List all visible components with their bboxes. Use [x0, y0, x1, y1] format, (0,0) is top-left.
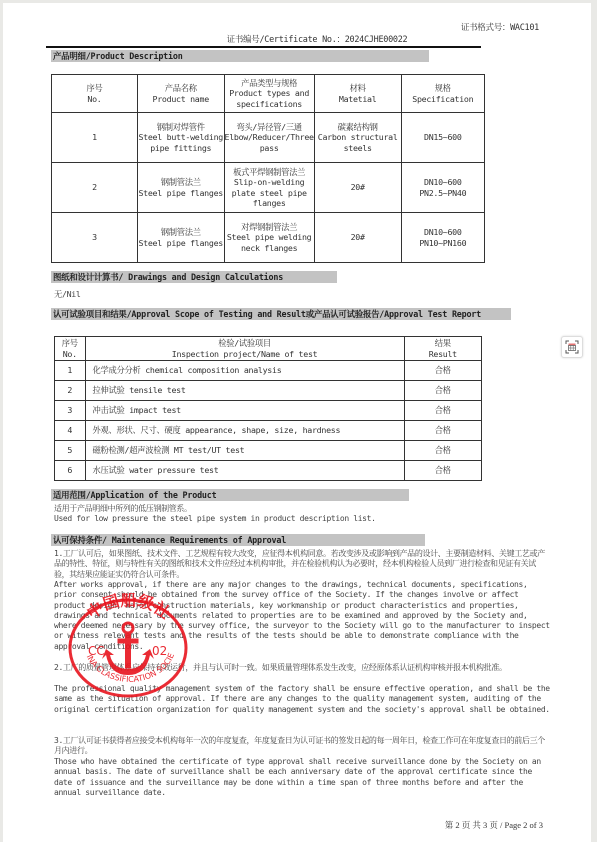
maintenance-item-1-en: After works approval, if there are any m…: [54, 580, 550, 652]
row-specification: DN15~600: [401, 113, 484, 163]
header-product-types: 产品类型与规格Product types and specifications: [224, 75, 314, 113]
test-row: 1化学成分分析 chemical composition analysis合格: [55, 361, 482, 381]
row-material: 20#: [314, 163, 401, 213]
maintenance-item-2-en: The professional quality management syst…: [54, 684, 550, 715]
product-table: 序号No. 产品名称Product name 产品类型与规格Product ty…: [51, 74, 485, 263]
row-product-type: 板式平焊钢制管法兰Slip-on-welding plate steel pip…: [224, 163, 314, 213]
scan-table-button[interactable]: [561, 336, 583, 358]
section-application: 适用范围/Application of the Product: [51, 489, 409, 501]
header-material: 材料Matetial: [314, 75, 401, 113]
test-item: 外观、形状、尺寸、硬度 appearance, shape, size, har…: [85, 421, 404, 441]
test-table: 序号No. 检验/试验项目Inspection project/Name of …: [54, 336, 482, 481]
header-product-name: 产品名称Product name: [137, 75, 224, 113]
header-no: 序号No.: [52, 75, 138, 113]
test-result: 合格: [404, 381, 481, 401]
scan-table-icon: [565, 340, 579, 354]
row-product-name: 钢制对焊管件Steel butt-welding pipe fittings: [137, 113, 224, 163]
maintenance-item-1-cn: 1.工厂认可后，如果图纸、技术文件、工艺规程有较大改变，应征得本机构同意。若改变…: [54, 549, 550, 580]
test-no: 2: [55, 381, 86, 401]
test-row: 2拉伸试验 tensile test合格: [55, 381, 482, 401]
application-text-cn: 适用于产品明细中所列的低压钢制管系。: [54, 504, 504, 514]
row-product-type: 弯头/异径管/三通Elbow/Reducer/Three pass: [224, 113, 314, 163]
row-product-name: 钢制管法兰Steel pipe flanges: [137, 213, 224, 263]
row-material: 20#: [314, 213, 401, 263]
format-number: 证书格式号：WAC101: [461, 21, 539, 33]
product-table-header: 序号No. 产品名称Product name 产品类型与规格Product ty…: [52, 75, 485, 113]
section-approval-scope: 认可试验项目和结果/Approval Scope of Testing and …: [51, 308, 511, 320]
test-result: 合格: [404, 441, 481, 461]
row-material: 碳素结构钢Carbon structural steels: [314, 113, 401, 163]
test-result: 合格: [404, 461, 481, 481]
test-row: 4外观、形状、尺寸、硬度 appearance, shape, size, ha…: [55, 421, 482, 441]
header-rule: [46, 46, 481, 48]
test-table-header: 序号No. 检验/试验项目Inspection project/Name of …: [55, 337, 482, 361]
certificate-number: 证书编号/Certificate No.：2024CJHE00022: [3, 33, 591, 45]
row-no: 3: [52, 213, 138, 263]
test-no: 4: [55, 421, 86, 441]
test-no: 1: [55, 361, 86, 381]
section-maintenance: 认可保持条件/ Maintenance Requirements of Appr…: [51, 534, 425, 546]
certificate-page: 证书格式号：WAC101 证书编号/Certificate No.：2024CJ…: [3, 3, 591, 842]
test-no: 6: [55, 461, 86, 481]
test-item: 水压试验 water pressure test: [85, 461, 404, 481]
row-no: 1: [52, 113, 138, 163]
test-row: 3冲击试验 impact test合格: [55, 401, 482, 421]
test-no: 5: [55, 441, 86, 461]
row-product-type: 对焊钢制管法兰Steel pipe welding neck flanges: [224, 213, 314, 263]
drawings-value: 无/Nil: [54, 289, 504, 299]
maintenance-item-3-en: Those who have obtained the certificate …: [54, 757, 550, 798]
test-item: 化学成分分析 chemical composition analysis: [85, 361, 404, 381]
test-item: 磁粉检测/超声波检测 MT test/UT test: [85, 441, 404, 461]
maintenance-item-3-cn: 3.工厂认可证书获得者应接受本机构每年一次的年度复查，年度复查日为认可证书的签发…: [54, 736, 550, 757]
product-row: 1钢制对焊管件Steel butt-welding pipe fittings弯…: [52, 113, 485, 163]
test-result: 合格: [404, 421, 481, 441]
application-text-en: Used for low pressure the steel pipe sys…: [54, 514, 504, 524]
header-specification: 规格Specification: [401, 75, 484, 113]
product-row: 2钢制管法兰Steel pipe flanges板式平焊钢制管法兰Slip-on…: [52, 163, 485, 213]
row-specification: DN10~600 PN10~PN160: [401, 213, 484, 263]
page-number: 第 2 页 共 3 页 / Page 2 of 3: [445, 819, 543, 831]
test-item: 冲击试验 impact test: [85, 401, 404, 421]
row-specification: DN10~600 PN2.5~PN40: [401, 163, 484, 213]
test-row: 6水压试验 water pressure test合格: [55, 461, 482, 481]
maintenance-item-2-cn: 2.工厂的质量管理体系应保持有效运行，并且与认可时一致。如果质量管理体系发生改变…: [54, 663, 550, 673]
test-row: 5磁粉检测/超声波检测 MT test/UT test合格: [55, 441, 482, 461]
section-product-description: 产品明细/Product Description: [51, 50, 429, 62]
test-no: 3: [55, 401, 86, 421]
product-row: 3钢制管法兰Steel pipe flanges对焊钢制管法兰Steel pip…: [52, 213, 485, 263]
row-product-name: 钢制管法兰Steel pipe flanges: [137, 163, 224, 213]
test-result: 合格: [404, 401, 481, 421]
test-item: 拉伸试验 tensile test: [85, 381, 404, 401]
test-result: 合格: [404, 361, 481, 381]
section-drawings: 图纸和设计计算书/ Drawings and Design Calculatio…: [51, 271, 337, 283]
row-no: 2: [52, 163, 138, 213]
